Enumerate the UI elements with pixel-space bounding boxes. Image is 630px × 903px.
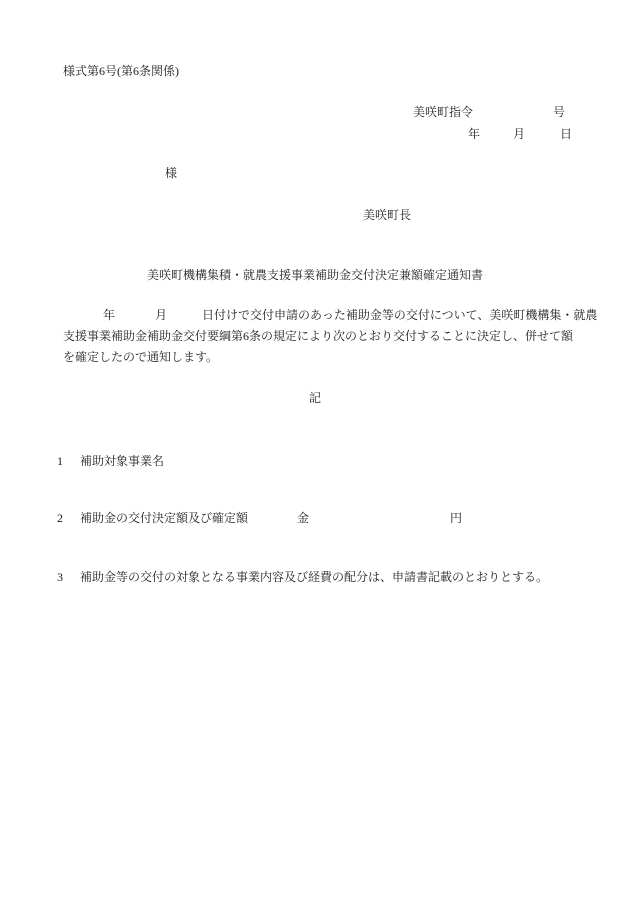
- header-date-day-label: 日: [560, 128, 572, 142]
- header-date-month-label: 月: [513, 128, 525, 142]
- document-page: 様式第6号(第6条関係) 美咲町指令 号 年 月 日 様 美咲町長 美咲町機構集…: [0, 0, 630, 903]
- document-title: 美咲町機構集積・就農支援事業補助金交付決定兼額確定通知書: [0, 269, 630, 283]
- addressee-honorific: 様: [165, 167, 177, 181]
- record-heading: 記: [0, 392, 630, 406]
- body-paragraph-line3: を確定したので通知します。: [63, 351, 218, 365]
- form-number-label: 様式第6号(第6条関係): [63, 65, 179, 79]
- directive-label: 美咲町指令: [413, 106, 473, 120]
- item-1-number: 1: [57, 455, 63, 469]
- body-paragraph-line1: 日付けで交付申請のあった補助金等の交付について、美咲町機構集・就農: [202, 309, 597, 323]
- directive-number-unit: 号: [553, 106, 565, 120]
- sender-title: 美咲町長: [363, 209, 411, 223]
- item-3-number: 3: [57, 571, 63, 585]
- body-date-year-label: 年: [103, 309, 115, 323]
- header-date-year-label: 年: [468, 128, 480, 142]
- item-2-number: 2: [57, 512, 63, 526]
- item-2-amount-unit: 円: [450, 512, 462, 526]
- item-3-label: 補助金等の交付の対象となる事業内容及び経費の配分は、申請書記載のとおりとする。: [80, 571, 548, 585]
- body-date-month-label: 月: [155, 309, 167, 323]
- item-1-label: 補助対象事業名: [80, 455, 164, 469]
- item-2-label: 補助金の交付決定額及び確定額: [80, 512, 248, 526]
- item-2-amount-prefix: 金: [297, 512, 309, 526]
- body-paragraph-line2: 支援事業補助金補助金交付要綱第6条の規定により次のとおり交付することに決定し、併…: [63, 330, 573, 344]
